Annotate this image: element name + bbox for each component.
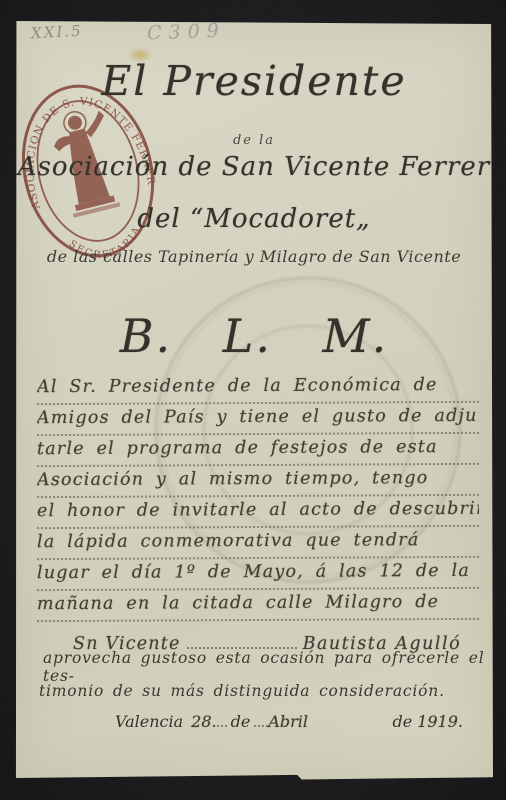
dateline-year: 1919. [417, 712, 463, 731]
body-line: lugar el día 1º de Mayo, á las 12 de la [37, 558, 479, 591]
letterhead-title: El Presidente [15, 57, 493, 105]
dateline-day: 28. [191, 712, 216, 731]
body-line: Amigos del País y tiene el gusto de adju… [37, 403, 479, 436]
dotted-leader [254, 711, 268, 727]
closing-line-2: timonio de su más distinguida considerac… [39, 682, 445, 700]
body-line: mañana en la citada calle Milagro de [37, 589, 479, 622]
dateline-gap [308, 713, 392, 727]
dotted-leader [187, 629, 297, 649]
letterhead-association-name2: del “Mocadoret„ [15, 204, 493, 234]
letter-body: Al Sr. Presidente de la Económica de Ami… [37, 373, 479, 661]
salutation-blm: B. L. M. [15, 309, 493, 363]
dateline-city: Valencia [115, 712, 183, 731]
letterhead-connector: de la [15, 133, 493, 148]
letterhead-streets-line: de las calles Tapinería y Milagro de San… [15, 247, 493, 266]
body-line: Asociación y al mismo tiempo, tengo [37, 465, 479, 498]
letterhead-association-name: Asociación de San Vicente Ferrer [15, 152, 493, 182]
dotted-leader [217, 711, 227, 727]
document-page: XXI.5 C309 ASOCIACION DE S. VICENTE FERR… [15, 21, 493, 781]
body-line: Al Sr. Presidente de la Económica de [37, 372, 479, 405]
body-line: tarle el programa de festejos de esta [37, 434, 479, 467]
closing-line-1: aprovecha gustoso esta ocasión para ofre… [43, 649, 493, 685]
dateline-month: Abril [268, 712, 308, 731]
dateline-de1: de [231, 712, 251, 731]
body-line: la lápida conmemorativa que tendrá [37, 527, 479, 560]
pencil-mark-right: C309 [147, 20, 227, 45]
body-line: el honor de invitarle al acto de descubr… [37, 496, 479, 529]
dateline: Valencia 28. de Abril de 1919. [115, 711, 463, 731]
dateline-de2: de [392, 712, 412, 731]
pencil-mark-left: XXI.5 [31, 22, 83, 43]
